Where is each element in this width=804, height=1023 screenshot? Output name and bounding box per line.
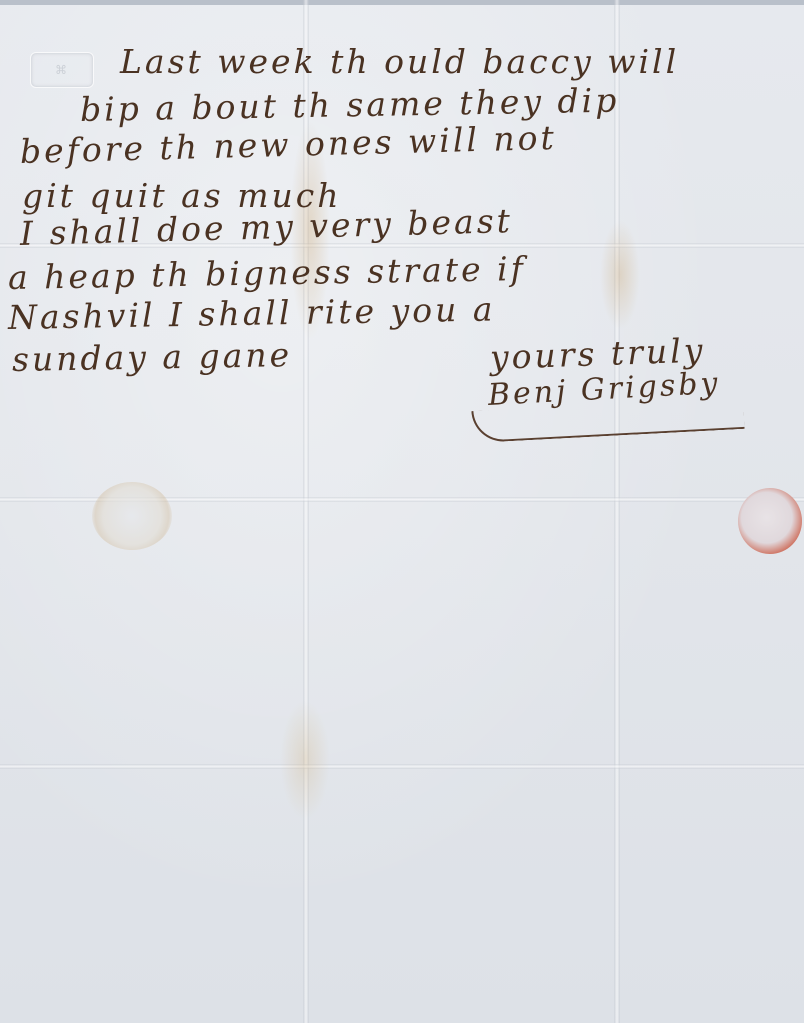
fold-line-horizontal	[0, 764, 804, 769]
red-wax-seal	[738, 488, 802, 554]
fold-line-vertical	[614, 0, 620, 1023]
wax-seal-residue	[92, 482, 172, 550]
embossed-stationer-mark: ⌘	[30, 52, 94, 88]
letter-line-7: Nashvil I shall rite you a	[8, 289, 496, 337]
age-stain	[280, 700, 330, 820]
scan-edge	[0, 0, 804, 5]
age-stain	[600, 220, 640, 330]
letter-line-8: sunday a gane	[12, 335, 293, 379]
letter-line-1: Last week th ould baccy will	[120, 42, 679, 81]
letter-sheet: ⌘ Last week th ould baccy will bip a bou…	[0, 0, 804, 1023]
